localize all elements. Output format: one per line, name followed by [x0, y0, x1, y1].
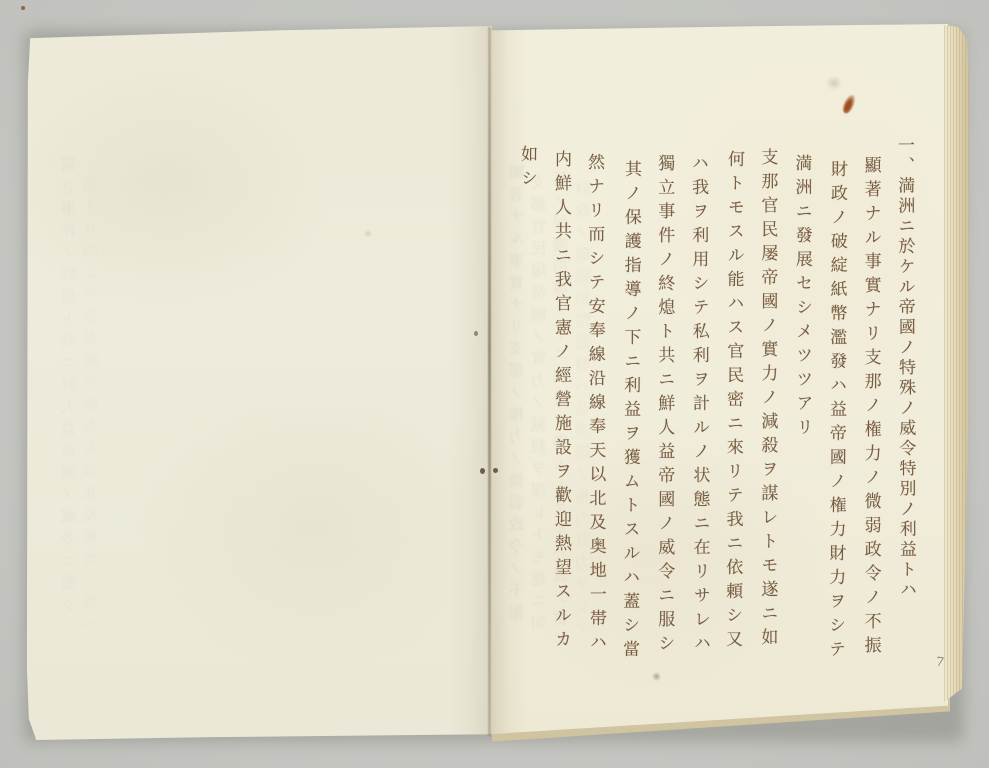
show-through-text: 顯著ナル事實ナリ支那ノ権力ノ微弱政令ノ不振 [506, 164, 528, 626]
show-through-text: 獨立事件ノ終熄ト共ニ鮮人益帝國ノ威令ニ服シ [58, 156, 80, 618]
stitch-hole [474, 331, 478, 336]
text-column: 財政ノ破綻紙幣濫發ハ益帝國ノ権力財力ヲシテ [824, 160, 850, 664]
backdrop-speck [21, 6, 25, 10]
right-page: 顯著ナル事實ナリ支那ノ権力ノ微弱政令ノ不振 支那官民屡帝國ノ實力ノ減殺ヲ謀レトモ… [492, 24, 948, 734]
text-column: 一、満洲ニ於ケル帝國ノ特殊ノ威令特別ノ利益トハ [893, 136, 919, 601]
text-column: 如シ [515, 145, 539, 193]
smudge [826, 76, 842, 90]
show-through-text: 然ナリ而シテ安奉線沿線奉天以北及奥地一帯ハ [80, 176, 102, 638]
foxing-spot [652, 672, 661, 681]
fore-edge [944, 25, 969, 709]
stitch-hole [493, 468, 498, 473]
stitch-hole [480, 468, 485, 474]
text-column: 獨立事件ノ終熄ト共ニ鮮人益帝國ノ威令ニ服シ [653, 154, 677, 658]
photo-backdrop: 獨立事件ノ終熄ト共ニ鮮人益帝國ノ威令ニ服シ 然ナリ而シテ安奉線沿線奉天以北及奥地… [0, 0, 989, 768]
text-column: 支那官民屡帝國ノ實力ノ減殺ヲ謀レトモ遂ニ如 [756, 148, 780, 652]
ink-stain [840, 93, 857, 115]
text-column: 満洲ニ發展セシメツツアリ [790, 154, 815, 442]
show-through-text: 支那官民屡帝國ノ實力ノ減殺ヲ謀レトモ遂ニ如 [528, 174, 550, 636]
foxing-spot [364, 230, 372, 237]
text-column: 然ナリ而シテ安奉線沿線奉天以北及奥地一帯ハ [583, 153, 609, 657]
text-column: ハ我ヲ利用シテ私利ヲ計ルノ状態ニ在リサレハ [686, 154, 712, 658]
text-column: 何トモスル能ハス官民密ニ來リテ我ニ依頼シ又 [721, 150, 747, 654]
left-page: 獨立事件ノ終熄ト共ニ鮮人益帝國ノ威令ニ服シ 然ナリ而シテ安奉線沿線奉天以北及奥地… [26, 26, 492, 740]
page-number: 7 [935, 653, 945, 669]
text-column: 内鮮人共ニ我官憲ノ經營施設ヲ歡迎熱望スルカ [550, 150, 574, 654]
gutter [488, 27, 491, 736]
text-column: 其ノ保護指導ノ下ニ利益ヲ獲ムトスルハ蓋シ當 [618, 160, 644, 664]
text-column: 顯著ナル事實ナリ支那ノ権力ノ微弱政令ノ不振 [860, 156, 884, 660]
